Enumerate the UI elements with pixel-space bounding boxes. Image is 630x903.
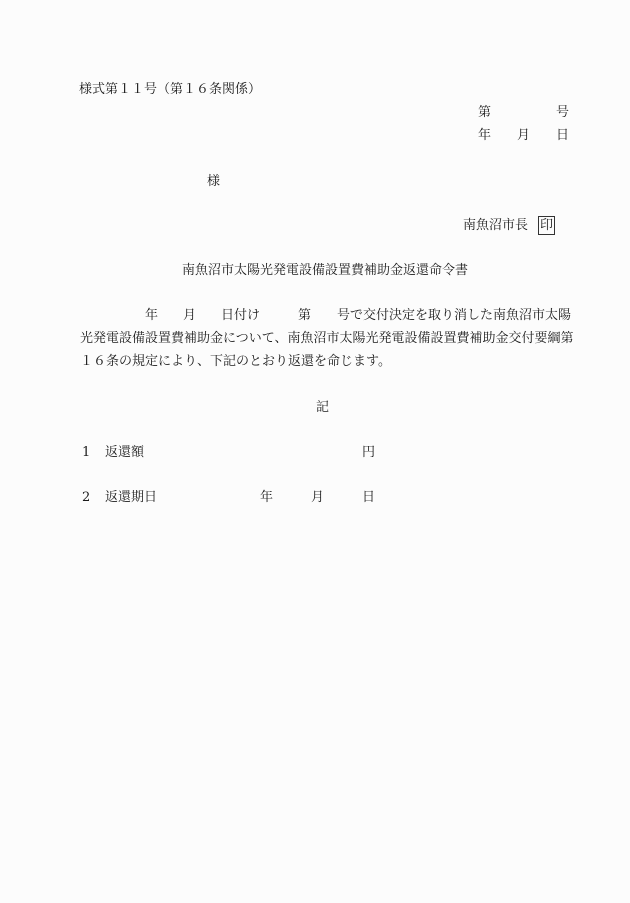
issuer-name: 南魚沼市長	[463, 219, 528, 232]
date-year: 年	[478, 129, 491, 142]
body-line3: １６条の規定により、下記のとおり返還を命じます。	[80, 355, 391, 368]
item-2-number: 2	[82, 491, 90, 504]
body-line1-rest: 号で交付決定を取り消した南魚沼市太陽	[337, 309, 571, 322]
doc-number-prefix: 第	[478, 106, 491, 119]
date-month: 月	[517, 129, 530, 142]
doc-number-suffix: 号	[556, 106, 569, 119]
item-1-unit: 円	[362, 446, 375, 459]
seal-text: 印	[538, 216, 555, 235]
seal-mark: 印	[538, 216, 555, 235]
body-year: 年	[145, 309, 158, 322]
document-title: 南魚沼市太陽光発電設備設置費補助金返還命令書	[182, 264, 468, 277]
item-1-label: 返還額	[105, 446, 144, 459]
body-dai: 第	[298, 309, 311, 322]
body-line2: 光発電設備設置費補助金について、南魚沼市太陽光発電設備設置費補助金交付要綱第	[80, 332, 573, 345]
item-2-label: 返還期日	[105, 491, 157, 504]
addressee-honorific: 様	[207, 175, 220, 188]
date-day: 日	[556, 129, 569, 142]
body-day-dated: 日付け	[221, 309, 260, 322]
item-2-year: 年	[260, 491, 273, 504]
form-number: 様式第１１号（第１６条関係）	[79, 83, 261, 96]
item-1-number: 1	[82, 446, 90, 459]
item-2-day: 日	[362, 491, 375, 504]
item-2-month: 月	[311, 491, 324, 504]
body-month: 月	[183, 309, 196, 322]
ki-heading: 記	[316, 401, 329, 414]
